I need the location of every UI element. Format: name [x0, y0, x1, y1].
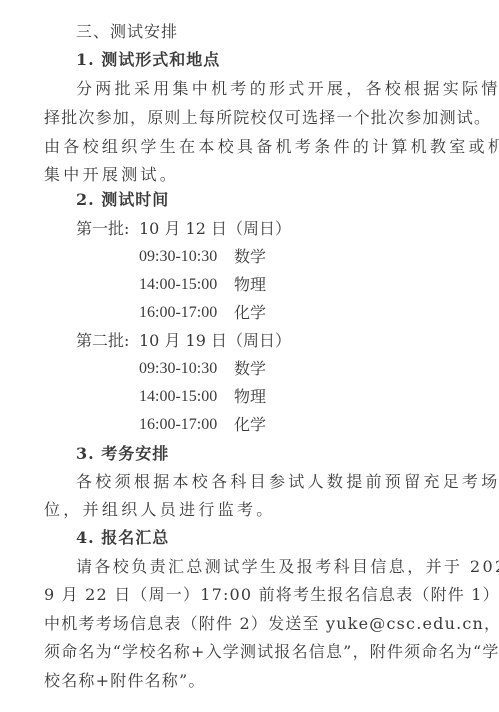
batch-1-slot-1-subject: 数学 [234, 247, 266, 267]
batch-2-slot-1-subject: 数学 [234, 359, 266, 379]
sub4-title: 4. 报名汇总 [76, 528, 169, 548]
sub1-line-1: 分两批采用集中机考的形式开展，各校根据实际情况选 [76, 79, 499, 99]
batch-2-label: 第二批: [76, 331, 129, 351]
sub4-line-1: 请各校负责汇总测试学生及报考科目信息，并于 2025 年 [76, 557, 499, 577]
batch-1-slot-2-subject: 物理 [234, 275, 266, 295]
batch-2-slot-3-subject: 化学 [234, 415, 266, 435]
sub3-line-1: 各校须根据本校各科目参试人数提前预留充足考场、机 [76, 472, 499, 492]
sub1-line-3: 由各校组织学生在本校具备机考条件的计算机教室或机房 [44, 137, 499, 157]
sub3-title: 3. 考务安排 [76, 444, 169, 464]
section-title: 三、测试安排 [76, 22, 178, 42]
sub4-line-4: 须命名为“学校名称+入学测试报名信息”，附件须命名为“学 [44, 642, 499, 662]
batch-2-slot-2-subject: 物理 [234, 387, 266, 407]
sub4-line-3: 中机考考场信息表（附件 2）发送至 yuke@csc.edu.cn，邮件 [44, 614, 499, 634]
batch-2-slot-3-time: 16:00-17:00 [139, 415, 217, 435]
sub1-line-2: 择批次参加，原则上每所院校仅可选择一个批次参加测试。 [44, 108, 491, 128]
batch-1-date: 10 月 12 日（周日） [139, 219, 291, 239]
sub1-title: 1. 测试形式和地点 [76, 50, 220, 70]
sub3-line-2: 位，并组织人员进行监考。 [44, 500, 276, 520]
sub1-line-4: 集中开展测试。 [44, 165, 179, 185]
sub4-line-5: 校名称+附件名称”。 [44, 671, 206, 691]
batch-1-slot-3-time: 16:00-17:00 [139, 303, 217, 323]
batch-1-slot-3-subject: 化学 [234, 303, 266, 323]
batch-2-slot-1-time: 09:30-10:30 [139, 359, 217, 379]
batch-1-slot-2-time: 14:00-15:00 [139, 275, 217, 295]
sub4-line-2: 9 月 22 日（周一）17:00 前将考生报名信息表（附件 1）和集 [44, 585, 499, 605]
sub2-title: 2. 测试时间 [76, 190, 169, 210]
batch-1-label: 第一批: [76, 219, 129, 239]
document-page: 三、测试安排 1. 测试形式和地点 分两批采用集中机考的形式开展，各校根据实际情… [0, 0, 499, 712]
batch-1-slot-1-time: 09:30-10:30 [139, 247, 217, 267]
batch-2-slot-2-time: 14:00-15:00 [139, 387, 217, 407]
batch-2-date: 10 月 19 日（周日） [139, 331, 291, 351]
